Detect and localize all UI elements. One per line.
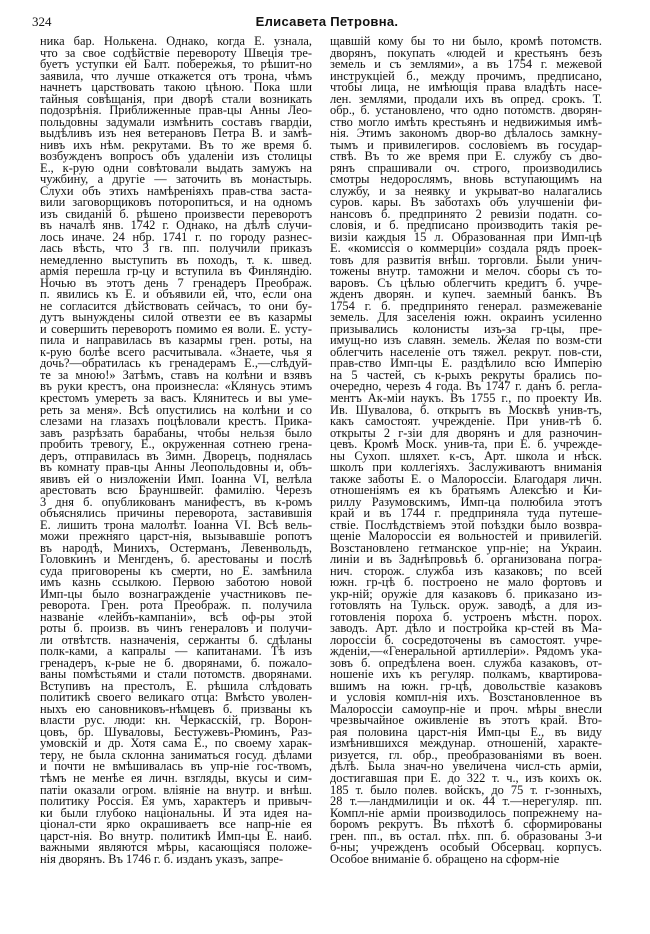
page-header: 324 Елисавета Петровна. <box>32 14 622 30</box>
right-text-column: щавшій кому бы то ни было, кромѣ потомст… <box>330 36 602 865</box>
left-text-column: ника бар. Нолькена. Однако, когда Е. узн… <box>40 36 312 865</box>
text-line: Особое вниманіе б. обращено на сформ-ніе <box>330 854 602 866</box>
text-line: нія дворянъ. Въ 1746 г. б. изданъ указъ,… <box>40 854 312 866</box>
running-title: Елисавета Петровна. <box>32 14 622 29</box>
